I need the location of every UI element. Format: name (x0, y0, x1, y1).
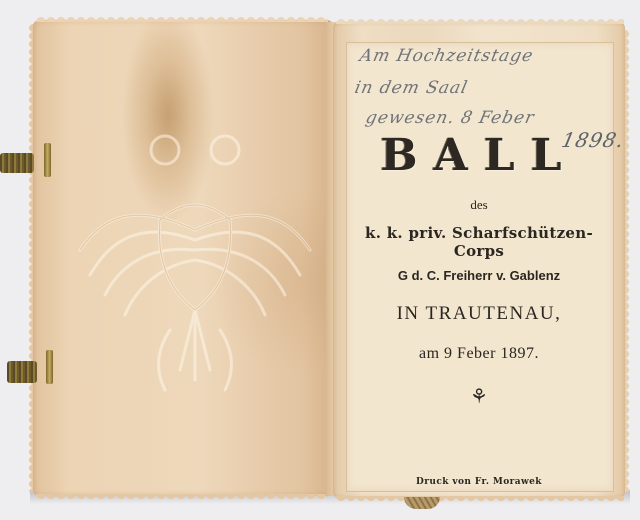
patron-name: G d. C. Freiherr v. Gablenz (346, 268, 612, 283)
corps-name: k. k. priv. Scharfschützen-Corps (346, 224, 612, 260)
right-page-scalloped-top-edge (336, 16, 624, 24)
binding-cord (404, 497, 440, 509)
handwritten-note-line-1: Am Hochzeitstage (358, 46, 536, 66)
eagle-emboss-icon (70, 80, 320, 410)
right-page-scalloped-bottom-edge (336, 496, 624, 504)
printer-credit: Druck von Fr. Morawek (346, 477, 612, 487)
ornament-icon: ⚘ (346, 384, 612, 409)
handwritten-note-line-2: in dem Saal (353, 78, 470, 98)
hinge-spring-icon (7, 361, 37, 383)
place-name: IN TRAUTENAU, (346, 303, 612, 325)
ball-title: BALL (346, 130, 612, 181)
left-page-scalloped-left-edge (27, 24, 33, 492)
hinge-spring-icon (0, 153, 34, 173)
hinge-clip-icon (46, 350, 53, 384)
hinge-clip-icon (44, 143, 51, 177)
subtitle-des: des (346, 197, 612, 213)
left-page-scalloped-bottom-edge (36, 494, 328, 502)
handwritten-note-line-3: gewesen. 8 Feber (364, 108, 537, 128)
right-page-scalloped-right-edge (625, 30, 631, 492)
event-date: am 9 Feber 1897. (346, 345, 612, 363)
left-page-scalloped-top-edge (36, 14, 328, 22)
